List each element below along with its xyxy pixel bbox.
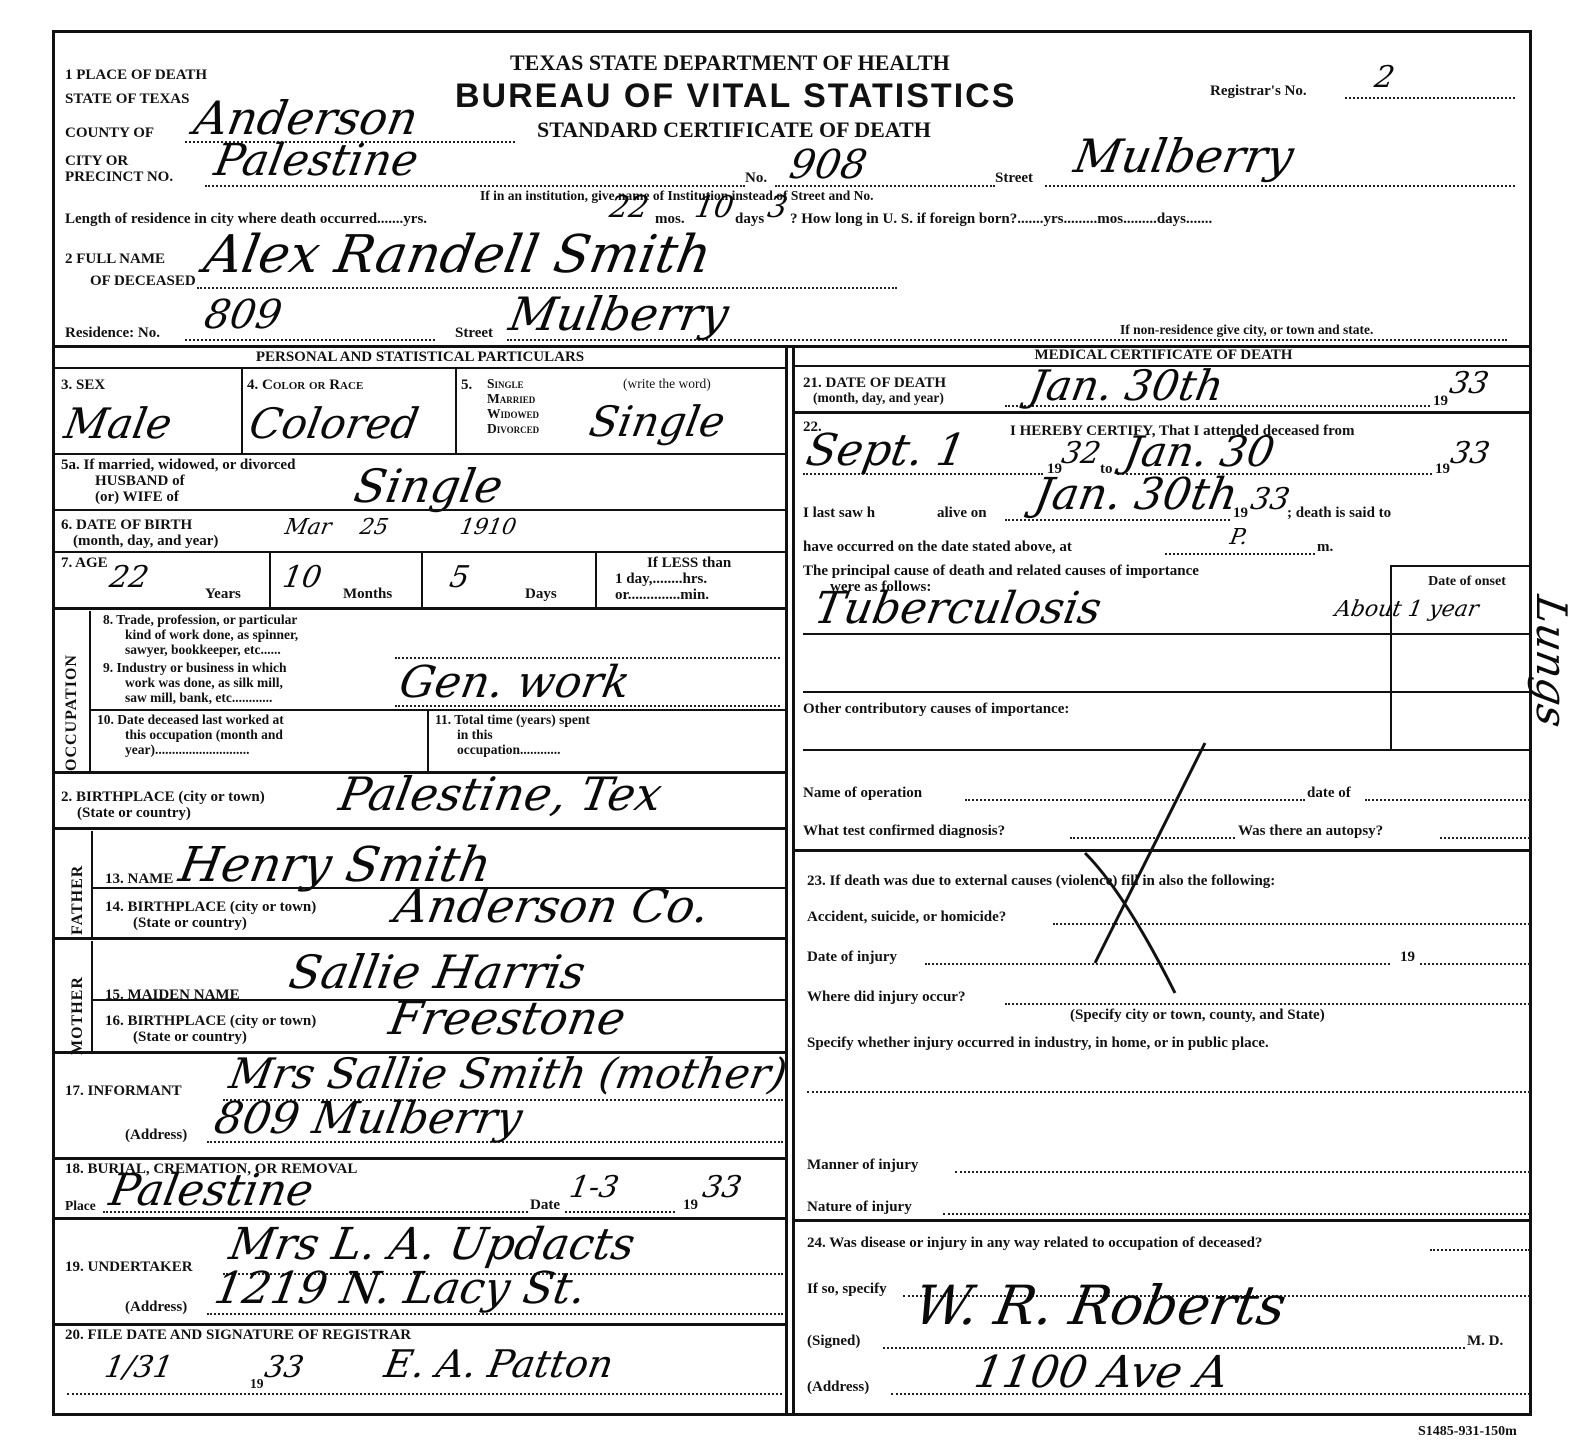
form-number: S1485-931-150m (1418, 1424, 1517, 1440)
non-residence-note: If non-residence give city, or town and … (1120, 323, 1373, 337)
marital-value: Single (586, 401, 728, 443)
divider (1420, 963, 1530, 965)
md-label: M. D. (1467, 1333, 1503, 1349)
last-worked-label-1: 10. Date deceased last worked at (97, 713, 284, 727)
informant-address-value: 809 Mulberry (211, 1097, 525, 1141)
spouse-value: Single (351, 463, 506, 509)
dob-month: Mar (283, 517, 333, 539)
divider (241, 367, 243, 453)
registrar-dotted-line (1345, 97, 1515, 99)
column-divider-left (785, 345, 788, 1416)
physician-signature: W. R. Roberts (910, 1279, 1290, 1333)
residence-no-label: Residence: No. (65, 325, 160, 341)
divider (89, 611, 91, 771)
days-label: Days (525, 586, 557, 602)
residence-years: 22 (607, 193, 650, 223)
color-label: 4. Color or Race (247, 377, 363, 393)
divider (1430, 1249, 1530, 1251)
divider (427, 709, 429, 771)
divider (91, 941, 93, 1051)
mother-maiden-value: Sallie Harris (286, 949, 589, 995)
street-value: Mulberry (1071, 133, 1297, 179)
trade-label-1: 8. Trade, profession, or particular (103, 613, 297, 627)
divider (795, 1219, 1532, 1222)
undertaker-address-label: (Address) (125, 1299, 187, 1315)
if-so-label: If so, specify (807, 1281, 887, 1297)
divider (943, 1213, 1530, 1215)
date-of-death-year: 33 (1447, 369, 1490, 399)
county-label: COUNTY OF (65, 125, 154, 141)
informant-address-label: (Address) (125, 1127, 187, 1143)
age-months: 10 (280, 563, 323, 593)
total-time-label-2: in this (457, 728, 493, 742)
residence-days-label: days (735, 211, 764, 227)
divider (803, 633, 1530, 635)
undertaker-address-value: 1219 N. Lacy St. (211, 1267, 589, 1311)
years-label: Years (205, 586, 241, 602)
cause-label-1: The principal cause of death and related… (803, 563, 1199, 579)
foreign-born-label: ? How long in U. S. if foreign born?....… (790, 211, 1212, 227)
personal-section-title: PERSONAL AND STATISTICAL PARTICULARS (55, 349, 785, 365)
time-suffix: m. (1317, 539, 1333, 555)
city-label-1: CITY OR (65, 153, 128, 169)
full-name-value: Alex Randell Smith (200, 229, 715, 281)
occupation-value: Gen. work (396, 661, 633, 705)
divider (55, 607, 785, 610)
divider (55, 937, 785, 940)
attended-to: Jan. 30 (1121, 431, 1277, 473)
sex-label: 3. SEX (61, 377, 105, 393)
operation-label: Name of operation (803, 785, 922, 801)
divider (803, 691, 1530, 693)
certificate-title: STANDARD CERTIFICATE OF DEATH (537, 117, 931, 143)
divider (55, 1323, 785, 1326)
full-name-label-2: OF DECEASED (90, 273, 196, 289)
father-birthplace-label-2: (State or country) (133, 915, 247, 931)
birthplace-value: Palestine, Tex (336, 771, 666, 817)
father-birthplace-value: Anderson Co. (391, 883, 713, 929)
injury-where-label: Where did injury occur? (807, 989, 965, 1005)
last-worked-label-3: year)............................ (125, 743, 249, 757)
industry-label-1: 9. Industry or business in which (103, 661, 287, 675)
divider (55, 551, 785, 553)
color-value: Colored (246, 403, 421, 445)
divider (455, 367, 457, 453)
trade-label-3: sawyer, bookkeeper, etc...... (125, 643, 281, 657)
divider (89, 709, 785, 711)
divider (1165, 553, 1315, 555)
spouse-label-3: (or) WIFE of (95, 489, 179, 505)
divider (1365, 799, 1530, 801)
physician-address-value: 1100 Ave A (971, 1351, 1231, 1395)
nature-label: Nature of injury (807, 1199, 912, 1215)
onset-value: About 1 year (1333, 599, 1480, 621)
divider (1390, 565, 1530, 567)
date-of-death-year-prefix: 19 (1433, 393, 1448, 409)
other-causes-label: Other contributory causes of importance: (803, 701, 1069, 717)
residence-no-value: 809 (201, 295, 284, 335)
divider (565, 1211, 675, 1213)
marital-option-married: Married (487, 392, 535, 406)
less-than-line-1: If LESS than (647, 555, 731, 571)
residence-street-label: Street (455, 325, 493, 341)
marital-option-divorced: Divorced (487, 422, 539, 436)
birthplace-label-1: 2. BIRTHPLACE (city or town) (61, 789, 265, 805)
dob-day: 25 (358, 517, 390, 539)
burial-year-value: 33 (700, 1173, 743, 1203)
divider (55, 453, 785, 455)
burial-place-label: Place (65, 1199, 96, 1213)
street-label: Street (995, 170, 1033, 186)
divider (1440, 837, 1530, 839)
house-no-value: 908 (786, 145, 869, 185)
injury-date-label: Date of injury (807, 949, 897, 965)
registrar-file-label: 20. FILE DATE AND SIGNATURE OF REGISTRAR (65, 1327, 411, 1343)
date-of-death-value: Jan. 30th (1026, 365, 1226, 407)
city-value: Palestine (211, 139, 421, 183)
accident-label: Accident, suicide, or homicide? (807, 909, 1006, 925)
months-label: Months (343, 586, 392, 602)
dept-title: TEXAS STATE DEPARTMENT OF HEALTH (510, 55, 950, 71)
spouse-label-2: HUSBAND of (95, 473, 185, 489)
state-label: STATE OF TEXAS (65, 91, 189, 107)
last-saw-year-prefix: 19 (1233, 505, 1248, 521)
burial-year-prefix: 19 (683, 1197, 698, 1213)
manner-label: Manner of injury (807, 1157, 918, 1173)
informant-label: 17. INFORMANT (65, 1083, 182, 1099)
divider (1390, 565, 1392, 751)
cross-out-mark (1055, 733, 1235, 1003)
mother-side-label: MOTHER (69, 976, 87, 1055)
divider (55, 509, 785, 511)
birthplace-label-2: (State or country) (77, 805, 191, 821)
industry-label-3: saw mill, bank, etc............ (125, 691, 272, 705)
date-of-death-label-1: 21. DATE OF DEATH (803, 375, 946, 391)
residence-months: 10 (692, 193, 735, 223)
last-saw-mid-label: alive on (937, 505, 987, 521)
burial-date-value: 1-3 (567, 1173, 621, 1203)
sex-value: Male (61, 403, 175, 445)
divider (421, 551, 423, 607)
burial-place-value: Palestine (106, 1169, 316, 1213)
father-name-label: 13. NAME (105, 871, 173, 887)
time-of-death-value: P. (1228, 527, 1249, 549)
divider (269, 551, 271, 607)
dob-label-1: 6. DATE OF BIRTH (61, 517, 192, 533)
registrar-label: Registrar's No. (1210, 83, 1307, 99)
onset-label: Date of onset (1427, 575, 1507, 589)
bureau-title: BUREAU OF VITAL STATISTICS (455, 77, 1016, 116)
father-birthplace-label-1: 14. BIRTHPLACE (city or town) (105, 899, 316, 915)
marital-option-widowed: Widowed (487, 407, 539, 421)
last-saw-label: I last saw h (803, 505, 875, 521)
cause-of-death-value: Tuberculosis (811, 587, 1104, 631)
attended-from: Sept. 1 (803, 429, 969, 473)
operation-date-label: date of (1307, 785, 1351, 801)
death-certificate-form: 1 PLACE OF DEATH STATE OF TEXAS COUNTY O… (52, 30, 1532, 1416)
margin-annotation: Lungs (1530, 593, 1572, 731)
signed-label: (Signed) (807, 1333, 860, 1349)
autopsy-label: Was there an autopsy? (1238, 823, 1383, 839)
injury-where-hint: (Specify city or town, county, and State… (1070, 1007, 1325, 1023)
trade-label-2: kind of work done, as spinner, (125, 628, 298, 642)
marital-label-num: 5. (461, 377, 472, 393)
divider (1005, 1003, 1530, 1005)
divider (595, 551, 597, 607)
divider (55, 367, 785, 369)
undertaker-value: Mrs L. A. Updacts (226, 1223, 638, 1267)
residence-days: 3 (765, 193, 789, 223)
age-label: 7. AGE (61, 555, 108, 571)
injury-year-prefix: 19 (1400, 949, 1415, 965)
burial-date-label: Date (530, 1197, 560, 1213)
mother-birthplace-label-2: (State or country) (133, 1029, 247, 1045)
test-label: What test confirmed diagnosis? (803, 823, 1005, 839)
institution-note: If in an institution, give name of Insti… (480, 189, 874, 203)
divider (795, 411, 1532, 414)
residence-street-value: Mulberry (506, 291, 732, 337)
less-than-line-2: 1 day,........hrs. (615, 571, 707, 587)
mother-birthplace-value: Freestone (386, 995, 629, 1041)
marital-option-single: Single (487, 377, 524, 391)
registrar-year-value: 33 (262, 1353, 305, 1383)
death-said-label: ; death is said to (1287, 505, 1391, 521)
less-than-line-3: or..............min. (615, 587, 709, 603)
registrar-file-date: 1/31 (102, 1353, 175, 1383)
residence-no-dotted-line (185, 339, 435, 341)
age-years: 22 (107, 563, 150, 593)
industry-label-2: work was done, as silk mill, (125, 676, 283, 690)
age-days: 5 (447, 563, 471, 593)
father-side-label: FATHER (69, 865, 87, 935)
registrar-value: 2 (1372, 63, 1396, 93)
registrar-signature: E. A. Patton (382, 1345, 617, 1383)
total-time-label-3: occupation............ (457, 743, 561, 757)
dob-label-2: (month, day, and year) (73, 533, 218, 549)
attended-from-year: 32 (1059, 439, 1102, 469)
last-saw-year: 33 (1248, 485, 1291, 515)
spouse-label-1: 5a. If married, widowed, or divorced (61, 457, 295, 473)
physician-address-label: (Address) (807, 1379, 869, 1395)
injury-specify-label: Specify whether injury occurred in indus… (807, 1035, 1269, 1051)
place-of-death-label: 1 PLACE OF DEATH (65, 67, 207, 83)
last-worked-label-2: this occupation (month and (125, 728, 283, 742)
marital-hint: (write the word) (623, 377, 711, 391)
street-dotted-line (1045, 185, 1515, 187)
dob-year: 1910 (458, 517, 518, 539)
divider (55, 827, 785, 830)
house-no-label: No. (745, 170, 767, 186)
mother-birthplace-label-1: 16. BIRTHPLACE (city or town) (105, 1013, 316, 1029)
divider (67, 1393, 782, 1395)
divider (955, 1171, 1530, 1173)
date-of-death-label-2: (month, day, and year) (813, 391, 944, 405)
column-divider-right (792, 345, 795, 1416)
divider (55, 1157, 785, 1160)
last-saw-value: Jan. 30th (1031, 473, 1241, 517)
city-label-2: PRECINCT NO. (65, 169, 173, 185)
occurred-label: have occurred on the date stated above, … (803, 539, 1072, 555)
divider (807, 1091, 1530, 1093)
occupation-side-label: OCCUPATION (63, 654, 81, 771)
informant-value: Mrs Sallie Smith (mother) (226, 1053, 790, 1095)
total-time-label-1: 11. Total time (years) spent (435, 713, 590, 727)
undertaker-label: 19. UNDERTAKER (65, 1259, 193, 1275)
divider (91, 831, 93, 937)
attended-to-year: 33 (1448, 439, 1491, 469)
full-name-label-1: 2 FULL NAME (65, 251, 165, 267)
occupation-related-label: 24. Was disease or injury in any way rel… (807, 1235, 1262, 1251)
